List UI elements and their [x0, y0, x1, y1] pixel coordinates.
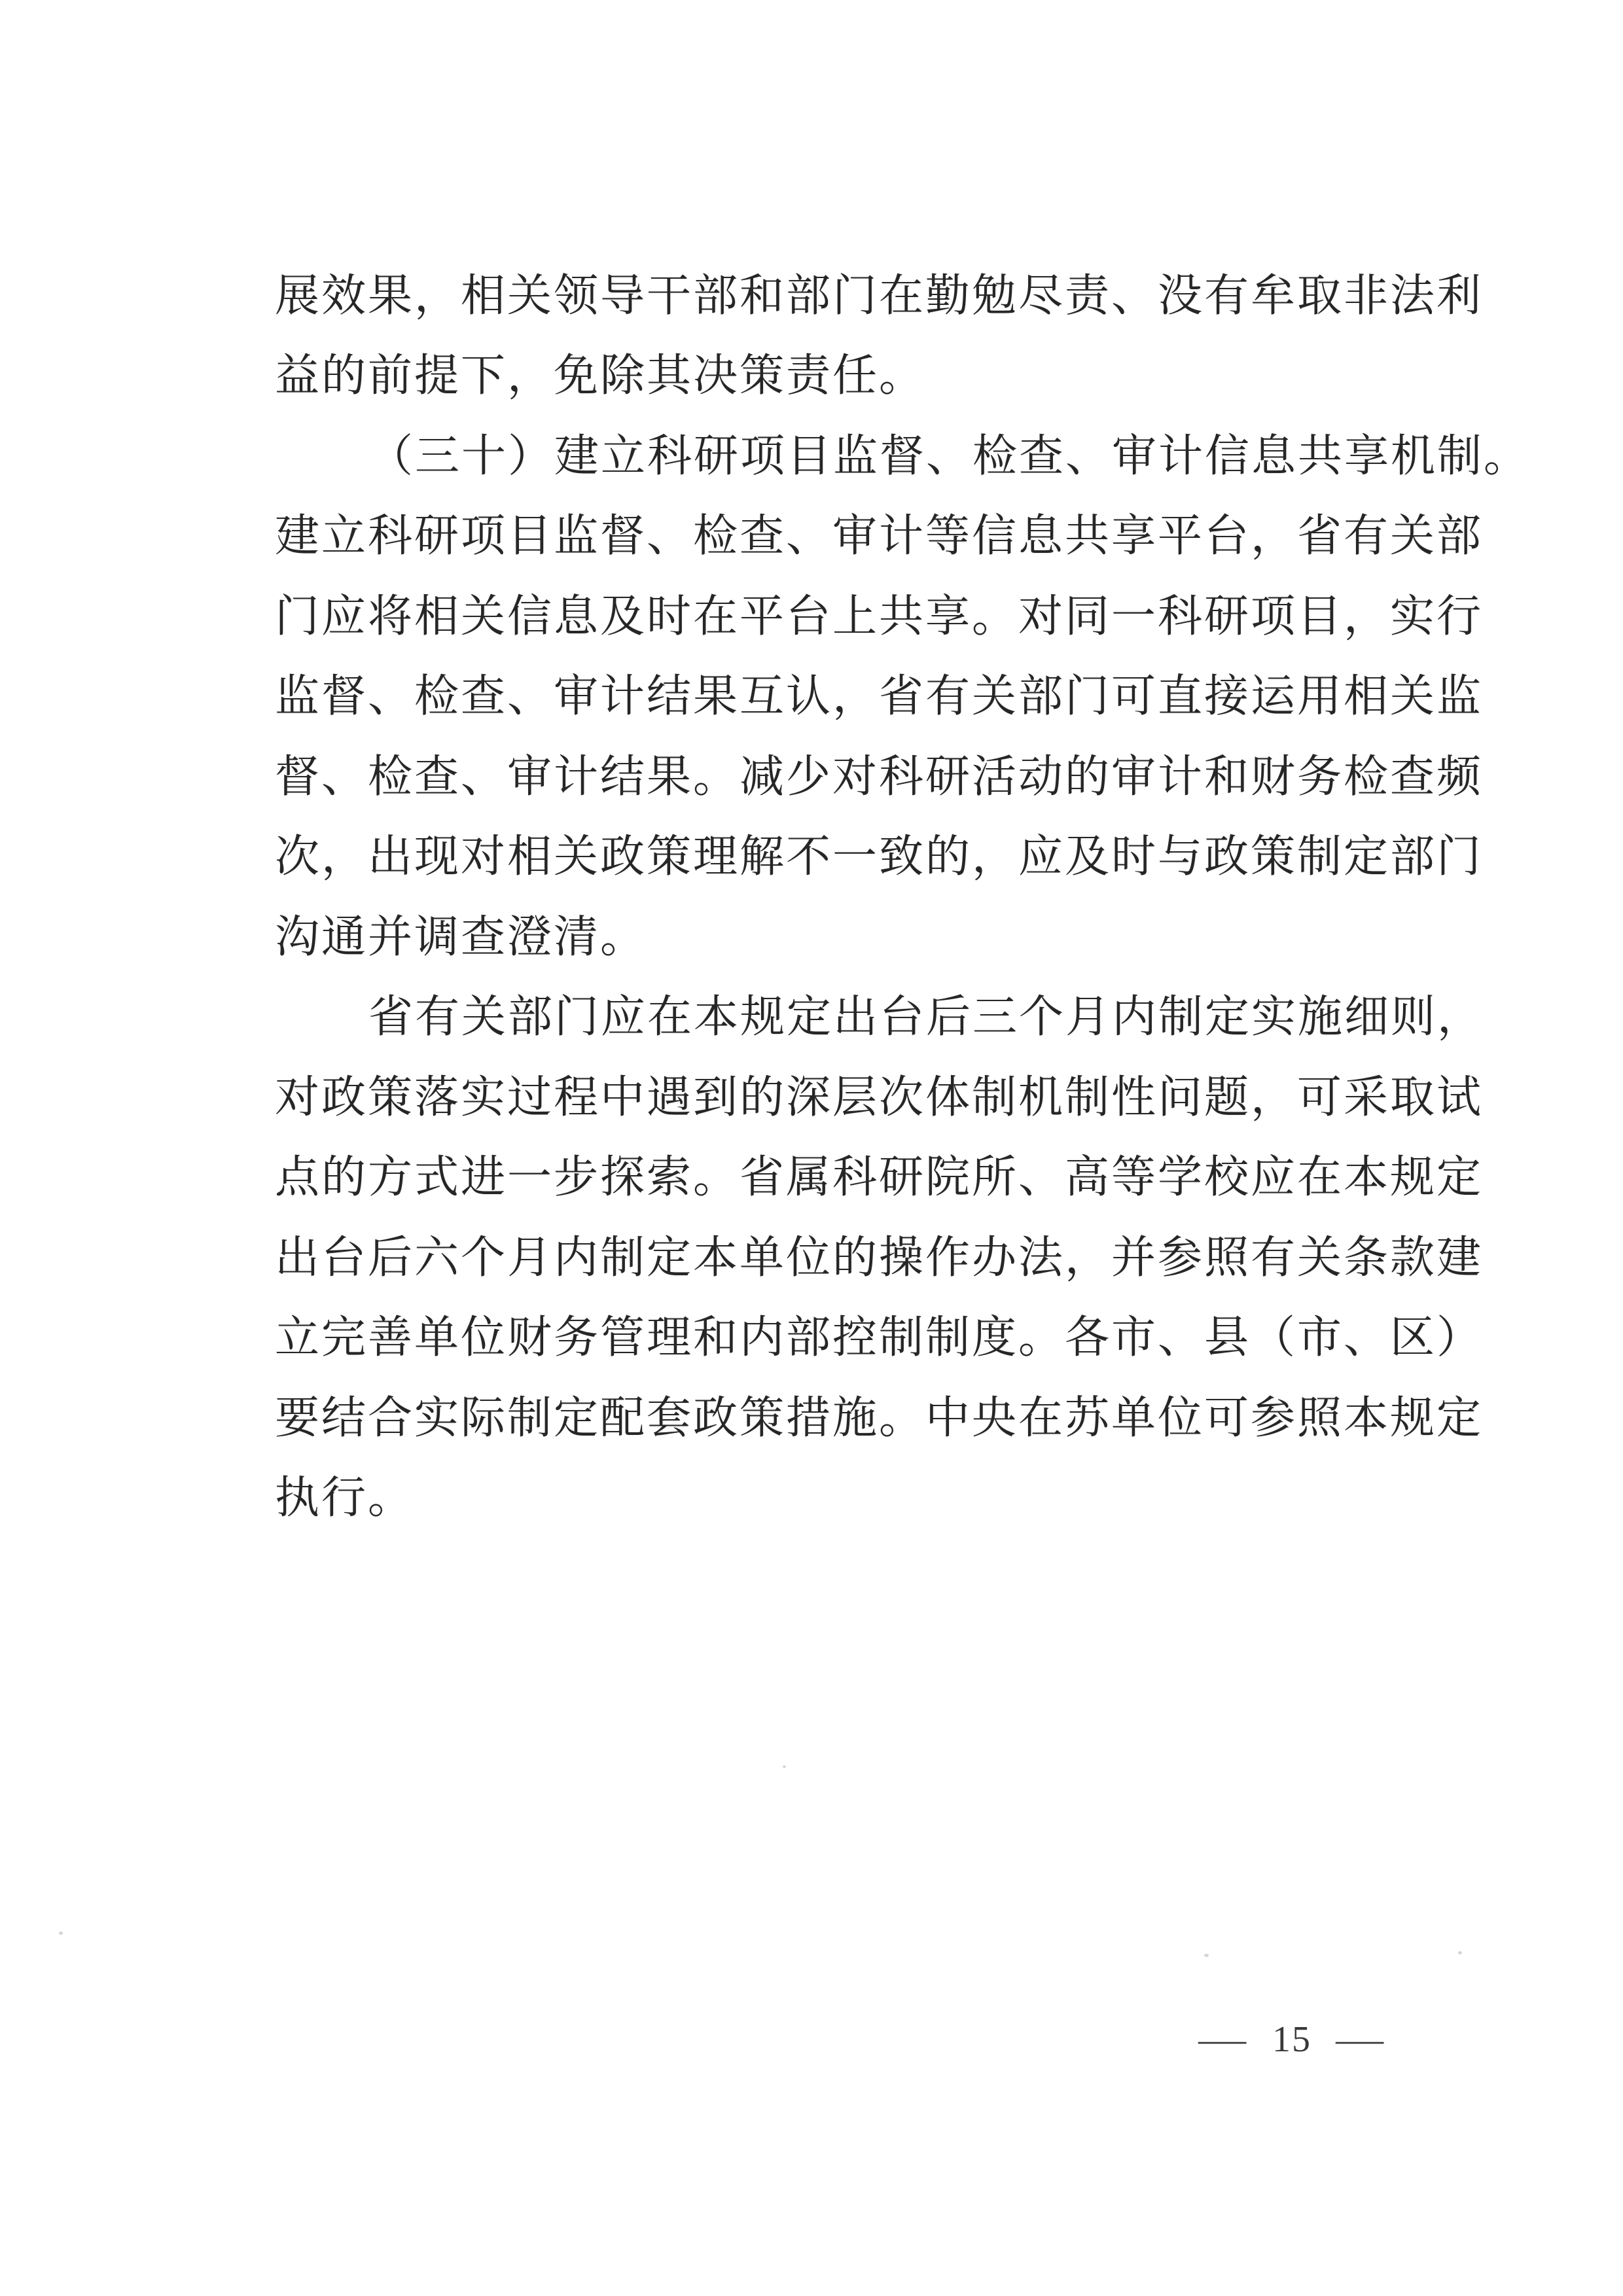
- scanned-document-page: 展效果，相关领导干部和部门在勤勉尽责、没有牟取非法利益的前提下，免除其决策责任。…: [0, 0, 1623, 2296]
- document-text: 展效果，相关领导干部和部门在勤勉尽责、没有牟取非法利益的前提下，免除其决策责任。…: [275, 252, 1518, 1534]
- text-line: 要结合实际制定配套政策措施。中央在苏单位可参照本规定: [275, 1374, 1518, 1455]
- text-line: 督、检查、审计结果。减少对科研活动的审计和财务检查频: [275, 733, 1518, 813]
- text-line: 立完善单位财务管理和内部控制制度。各市、县（市、区）: [275, 1294, 1518, 1375]
- page-number: — 15 —: [1204, 2019, 1380, 2060]
- page-number-value: 15: [1272, 2019, 1311, 2060]
- text-line: 次，出现对相关政策理解不一致的，应及时与政策制定部门: [275, 813, 1518, 894]
- text-line: 监督、检查、审计结果互认，省有关部门可直接运用相关监: [275, 653, 1518, 733]
- scan-speck: [1458, 1951, 1462, 1954]
- text-line: 省有关部门应在本规定出台后三个月内制定实施细则，: [275, 974, 1518, 1054]
- scan-speck: [1204, 1954, 1209, 1957]
- text-line: 展效果，相关领导干部和部门在勤勉尽责、没有牟取非法利: [275, 252, 1518, 332]
- text-line: （三十）建立科研项目监督、检查、审计信息共享机制。: [275, 412, 1518, 493]
- text-line: 出台后六个月内制定本单位的操作办法，并参照有关条款建: [275, 1214, 1518, 1294]
- page-number-right-dash: —: [1336, 2019, 1385, 2060]
- text-line: 执行。: [275, 1455, 1518, 1535]
- scan-speck: [783, 1765, 786, 1768]
- text-line: 门应将相关信息及时在平台上共享。对同一科研项目，实行: [275, 573, 1518, 653]
- text-line: 益的前提下，免除其决策责任。: [275, 332, 1518, 413]
- page-number-left-dash: —: [1198, 2019, 1247, 2060]
- text-line: 建立科研项目监督、检查、审计等信息共享平台，省有关部: [275, 493, 1518, 573]
- scan-speck: [59, 1932, 63, 1935]
- text-line: 沟通并调查澄清。: [275, 893, 1518, 974]
- text-line: 点的方式进一步探索。省属科研院所、高等学校应在本规定: [275, 1134, 1518, 1214]
- text-line: 对政策落实过程中遇到的深层次体制机制性问题，可采取试: [275, 1053, 1518, 1134]
